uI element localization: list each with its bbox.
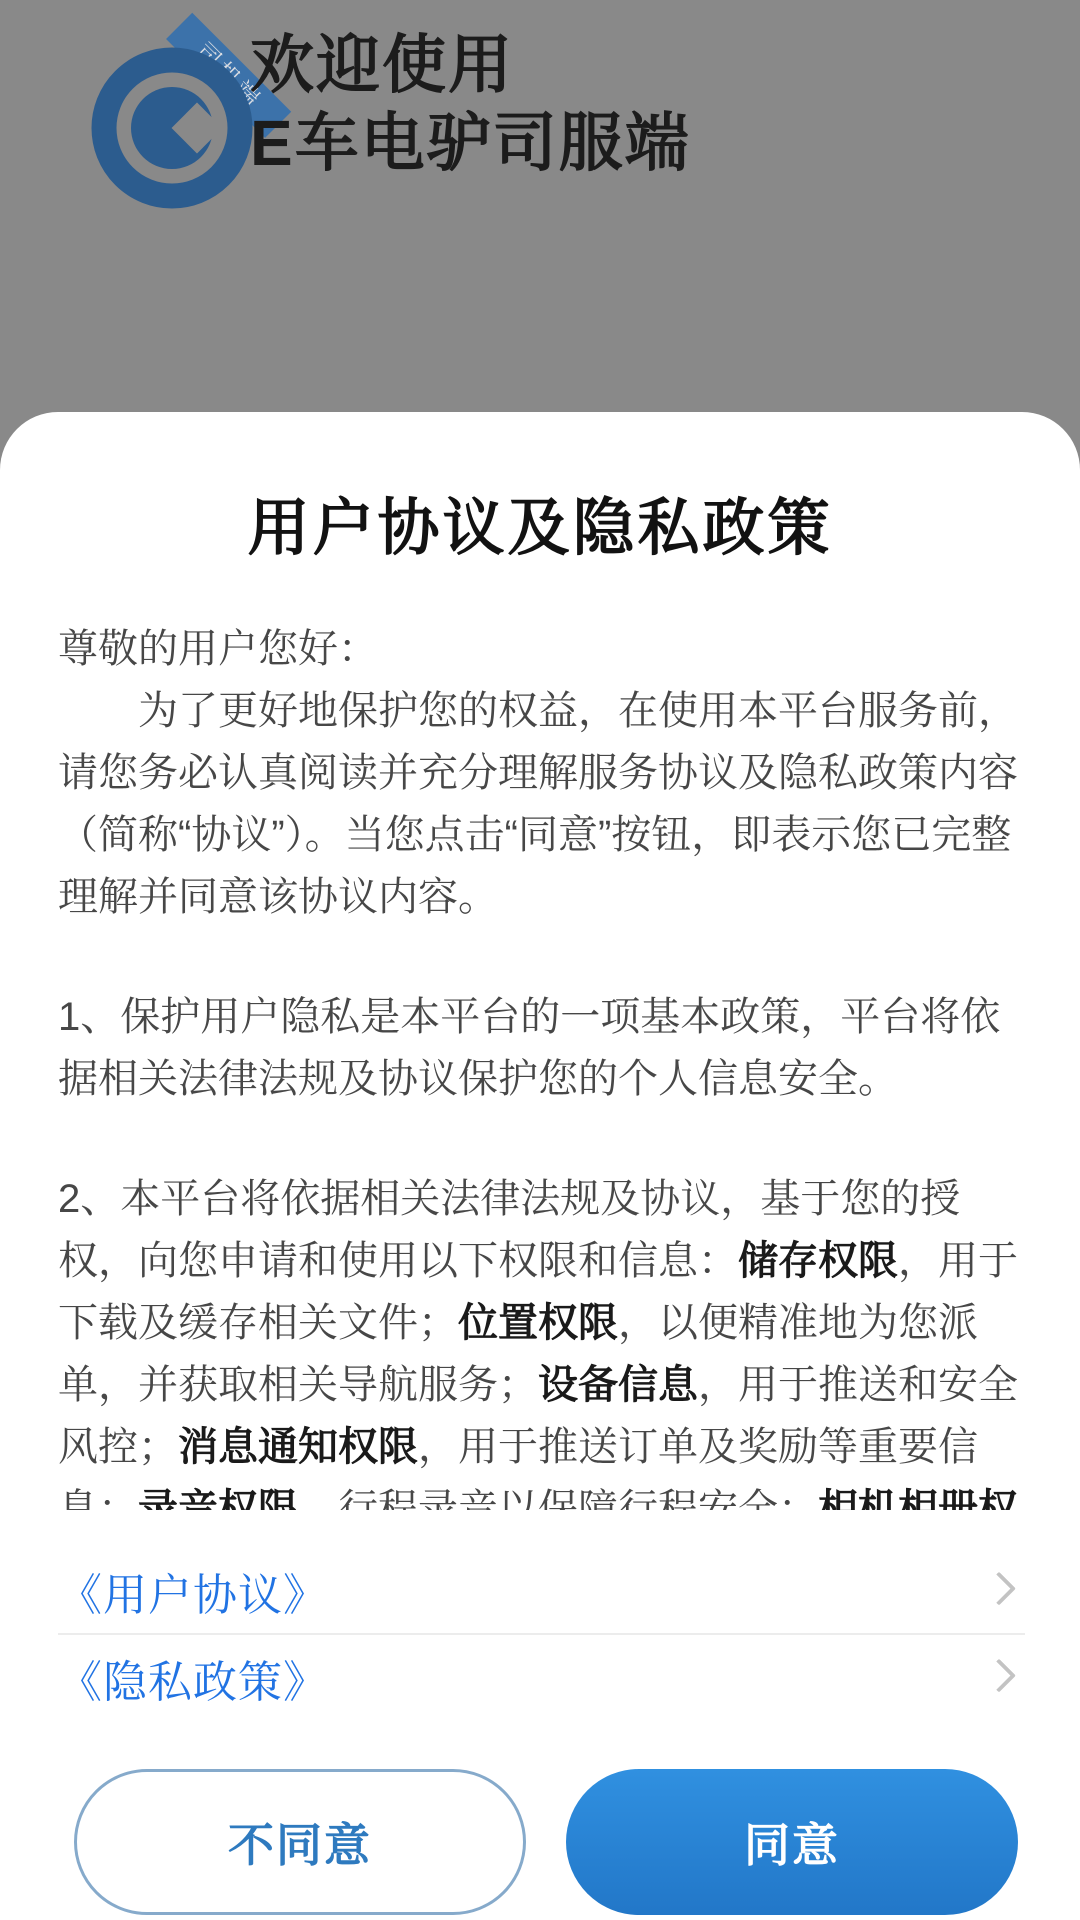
chevron-right-icon [982, 1658, 1016, 1692]
user-agreement-link[interactable]: 《用户协议》 [58, 1559, 328, 1623]
link-row-user-agreement[interactable]: 《用户协议》 [58, 1548, 1025, 1633]
welcome-line2: E车电驴司服端 [250, 104, 691, 182]
agreement-body[interactable]: 尊敬的用户您好： 为了更好地保护您的权益，在使用本平台服务前，请您务必认真阅读并… [58, 618, 1022, 1510]
welcome-screen: 司机端 欢迎使用 E车电驴司服端 [0, 0, 1080, 412]
privacy-policy-link[interactable]: 《隐私政策》 [58, 1646, 328, 1710]
welcome-line1: 欢迎使用 [250, 26, 691, 104]
clause-2: 2、本平台将依据相关法律法规及协议，基于您的授权，向您申请和使用以下权限和信息：… [58, 1168, 1022, 1510]
dialog-title: 用户协议及隐私政策 [0, 478, 1080, 567]
link-row-privacy-policy[interactable]: 《隐私政策》 [58, 1635, 1025, 1720]
disagree-button[interactable]: 不同意 [74, 1769, 526, 1915]
agreement-links: 《用户协议》 《隐私政策》 [58, 1548, 1025, 1720]
chevron-right-icon [982, 1571, 1016, 1605]
agreement-dialog: 用户协议及隐私政策 尊敬的用户您好： 为了更好地保护您的权益，在使用本平台服务前… [0, 412, 1080, 1920]
clause-1: 1、保护用户隐私是本平台的一项基本政策，平台将依据相关法律法规及协议保护您的个人… [58, 986, 1022, 1110]
greeting-text: 尊敬的用户您好： [58, 618, 1022, 680]
agree-button[interactable]: 同意 [566, 1769, 1018, 1915]
intro-paragraph: 为了更好地保护您的权益，在使用本平台服务前，请您务必认真阅读并充分理解服务协议及… [58, 680, 1022, 928]
welcome-title: 欢迎使用 E车电驴司服端 [250, 26, 691, 182]
